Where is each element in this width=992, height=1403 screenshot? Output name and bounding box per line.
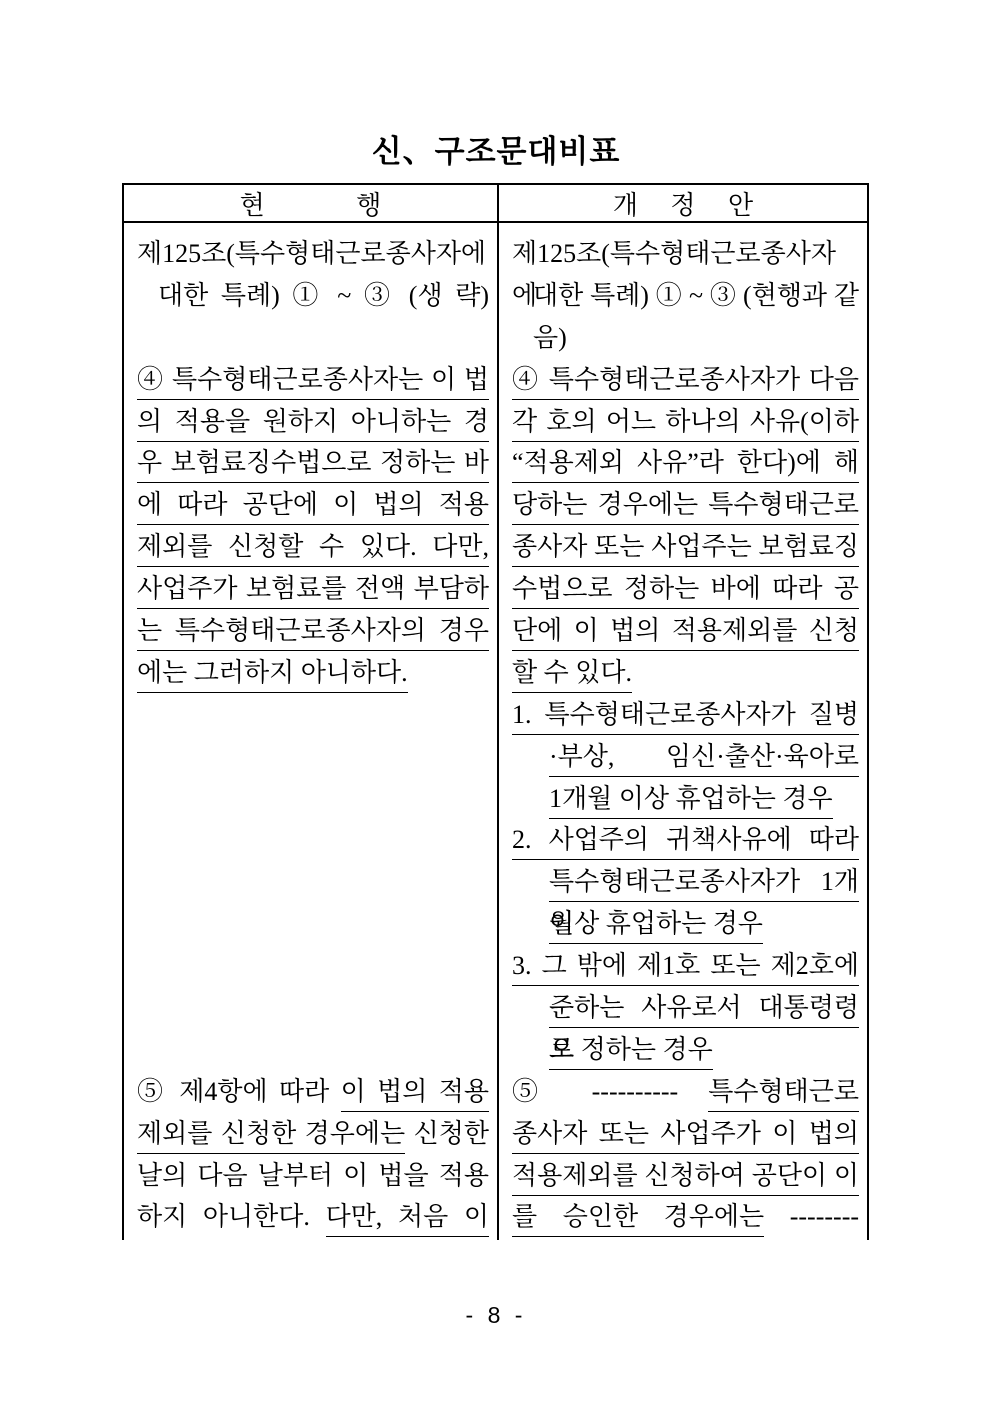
underlined-text: 는 특수형태근로종사자의 경우 — [137, 616, 489, 651]
plain-text: 제125조(특수형태근로종사자에 — [137, 239, 486, 268]
header-current: 현 행 — [124, 185, 499, 221]
text-line: 는 특수형태근로종사자의 경우 — [137, 610, 489, 652]
underlined-text: 수법으로 정하는 바에 따라 공 — [512, 574, 859, 609]
text-line: 를 승인한 경우에는 -------- — [512, 1196, 859, 1238]
comparison-table: 현 행 개 정 안 제125조(특수형태근로종사자에대한 특례) ① ~ ③ (… — [122, 183, 869, 1240]
text-line — [137, 987, 489, 1029]
plain-text: 신청한 — [405, 1119, 489, 1148]
text-line — [137, 819, 489, 861]
underlined-text: 우 보험료징수법으로 정하는 바 — [137, 448, 489, 483]
underlined-text: 각 호의 어느 하나의 사유(이하 — [512, 407, 859, 442]
text-line: 대한 특례) ① ~ ③ (생 략) — [137, 275, 489, 317]
text-line: “적용제외 사유”라 한다)에 해 — [512, 442, 859, 484]
underlined-text: 할 수 있다. — [512, 658, 632, 693]
text-line — [137, 945, 489, 987]
text-line: 에 따라 공단에 이 법의 적용 — [137, 484, 489, 526]
underlined-text: 1개월 이상 휴업하는 경우 — [549, 784, 833, 819]
table-body: 제125조(특수형태근로종사자에대한 특례) ① ~ ③ (생 략) ④ 특수형… — [124, 223, 867, 1240]
text-line: 제외를 신청한 경우에는 신청한 — [137, 1113, 489, 1155]
text-line: 대한 특례) ① ~ ③ (현행과 같 — [512, 275, 859, 317]
underlined-text: 2. 사업주의 귀책사유에 따라 — [512, 825, 859, 860]
column-amendment: 제125조(특수형태근로종사자에대한 특례) ① ~ ③ (현행과 같음)④ 특… — [499, 223, 867, 1240]
underlined-text: 종사자 또는 사업주는 보험료징 — [512, 532, 859, 567]
text-line: ⑤ 제4항에 따라 이 법의 적용 — [137, 1071, 489, 1113]
text-line: ·부상, 임신·출산·육아로 — [512, 736, 859, 778]
text-line: 3. 그 밖에 제1호 또는 제2호에 — [512, 945, 859, 987]
underlined-text: 종사자 또는 사업주가 이 법의 — [512, 1119, 859, 1154]
text-line: ⑤ ---------- 특수형태근로 — [512, 1071, 859, 1113]
header-amendment: 개 정 안 — [499, 185, 867, 221]
underlined-text: 다만, 처음 이 — [326, 1202, 489, 1237]
text-line: 음) — [512, 317, 859, 359]
page-number: - 8 - — [0, 1302, 992, 1329]
text-line: 특수형태근로종사자가 1개월 — [512, 861, 859, 903]
underlined-text: ④ 특수형태근로종사자가 다음 — [512, 365, 859, 400]
underlined-text: 1. 특수형태근로종사자가 질병 — [512, 700, 859, 735]
text-line — [137, 1029, 489, 1071]
underlined-text: 단에 이 법의 적용제외를 신청 — [512, 616, 859, 651]
text-line: 종사자 또는 사업주가 이 법의 — [512, 1113, 859, 1155]
text-line: ④ 특수형태근로종사자가 다음 — [512, 359, 859, 401]
text-line: 제125조(특수형태근로종사자에 — [512, 233, 859, 275]
text-line — [137, 736, 489, 778]
text-line: 제125조(특수형태근로종사자에 — [137, 233, 489, 275]
underlined-text: “적용제외 사유”라 한다)에 해 — [512, 448, 859, 483]
underlined-text: 사업주가 보험료를 전액 부담하 — [137, 574, 489, 609]
text-line — [137, 903, 489, 945]
underlined-text: 3. 그 밖에 제1호 또는 제2호에 — [512, 951, 859, 986]
text-line: 2. 사업주의 귀책사유에 따라 — [512, 819, 859, 861]
plain-text: -------- — [764, 1202, 859, 1231]
text-line: 우 보험료징수법으로 정하는 바 — [137, 442, 489, 484]
text-line: 수법으로 정하는 바에 따라 공 — [512, 568, 859, 610]
text-line: 이상 휴업하는 경우 — [512, 903, 859, 945]
text-line: 단에 이 법의 적용제외를 신청 — [512, 610, 859, 652]
text-line: 1개월 이상 휴업하는 경우 — [512, 778, 859, 820]
plain-text: 날의 다음 날부터 이 법을 적용 — [137, 1161, 489, 1190]
underlined-text: 이상 휴업하는 경우 — [549, 909, 763, 944]
underlined-text: 제외를 신청한 경우에는 — [137, 1119, 405, 1154]
column-current: 제125조(특수형태근로종사자에대한 특례) ① ~ ③ (생 략) ④ 특수형… — [124, 223, 499, 1240]
plain-text: 하지 아니한다. — [137, 1202, 326, 1231]
text-line: 사업주가 보험료를 전액 부담하 — [137, 568, 489, 610]
underlined-text: 를 승인한 경우에는 — [512, 1202, 764, 1237]
underlined-text: 에 따라 공단에 이 법의 적용 — [137, 490, 489, 525]
underlined-text: ·부상, 임신·출산·육아로 — [549, 742, 859, 777]
text-line: 적용제외를 신청하여 공단이 이 — [512, 1155, 859, 1197]
plain-text: 대한 특례) ① ~ ③ (생 략) — [158, 281, 489, 310]
text-line: 로 정하는 경우 — [512, 1029, 859, 1071]
underlined-text: 당하는 경우에는 특수형태근로 — [512, 490, 859, 525]
underlined-text: 특수형태근로 — [708, 1077, 859, 1112]
text-line: 당하는 경우에는 특수형태근로 — [512, 484, 859, 526]
table-header-row: 현 행 개 정 안 — [124, 185, 867, 223]
text-line: 준하는 사유로서 대통령령으 — [512, 987, 859, 1029]
text-line: 에는 그러하지 아니하다. — [137, 652, 489, 694]
plain-text: ⑤ 제4항에 따라 — [137, 1077, 341, 1106]
text-line — [137, 694, 489, 736]
text-line: 1. 특수형태근로종사자가 질병 — [512, 694, 859, 736]
text-line: ④ 특수형태근로종사자는 이 법 — [137, 359, 489, 401]
text-line — [137, 861, 489, 903]
plain-text: ⑤ ---------- — [512, 1077, 708, 1106]
text-line: 하지 아니한다. 다만, 처음 이 — [137, 1196, 489, 1238]
text-line: 각 호의 어느 하나의 사유(이하 — [512, 401, 859, 443]
underlined-text: 의 적용을 원하지 아니하는 경 — [137, 407, 489, 442]
text-line: 제외를 신청할 수 있다. 다만, — [137, 526, 489, 568]
page-title: 신、구조문대비표 — [0, 126, 992, 171]
underlined-text: 로 정하는 경우 — [549, 1035, 713, 1070]
text-line: 날의 다음 날부터 이 법을 적용 — [137, 1155, 489, 1197]
underlined-text: ④ 특수형태근로종사자는 이 법 — [137, 365, 489, 400]
underlined-text: 이 법의 적용 — [341, 1077, 489, 1112]
text-line — [137, 317, 489, 359]
text-line: 종사자 또는 사업주는 보험료징 — [512, 526, 859, 568]
underlined-text: 에는 그러하지 아니하다. — [137, 658, 408, 693]
text-line: 할 수 있다. — [512, 652, 859, 694]
plain-text: 대한 특례) ① ~ ③ (현행과 같 — [533, 281, 859, 310]
text-line: 의 적용을 원하지 아니하는 경 — [137, 401, 489, 443]
underlined-text: 적용제외를 신청하여 공단이 이 — [512, 1161, 859, 1196]
text-line — [137, 778, 489, 820]
plain-text: 음) — [533, 323, 567, 352]
underlined-text: 제외를 신청할 수 있다. 다만, — [137, 532, 489, 567]
